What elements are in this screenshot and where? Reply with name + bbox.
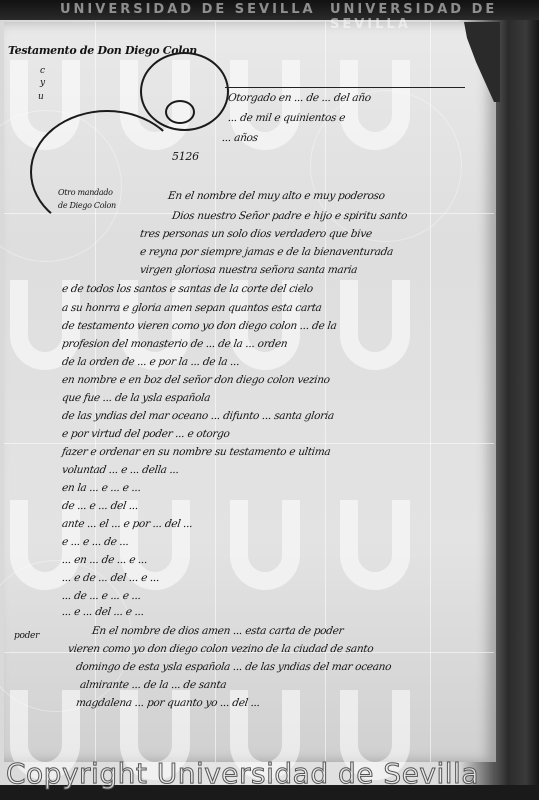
watermark-u-logo: [230, 500, 300, 590]
signature-flourish: [165, 100, 195, 124]
manuscript-line: de las yndias del mar oceano ... difunto…: [61, 410, 335, 422]
manuscript-line: en nombre e en boz del señor don diego c…: [61, 374, 330, 386]
manuscript-line: en la ... e ... e ...: [61, 482, 141, 494]
watermark-u-logo: [340, 280, 410, 370]
rule-line: [225, 87, 465, 88]
watermark-u-logo: [340, 500, 410, 590]
opening-line: ... de mil e quinientos e: [227, 112, 346, 124]
manuscript-line: e reyna por siempre jamas e de la bienav…: [139, 246, 394, 258]
manuscript-line: ... e de ... del ... e ...: [61, 572, 160, 584]
manuscript-line: almirante ... de la ... de santa: [79, 679, 227, 691]
folio-mark: u: [38, 92, 44, 102]
manuscript-line: domingo de esta ysla española ... de las…: [75, 661, 392, 673]
manuscript-line: a su honrra e gloria amen sepan quantos …: [61, 302, 322, 314]
watermark-text: UNIVERSIDAD DE SEVILLA: [330, 2, 539, 32]
manuscript-line: de ... e ... del ...: [61, 500, 139, 512]
manuscript-line: de la orden de ... e por la ... de la ..…: [61, 356, 240, 368]
opening-line: ... años: [221, 132, 258, 144]
manuscript-line: magdalena ... por quanto yo ... del ...: [75, 697, 261, 709]
margin-note: Otro mandado: [58, 187, 113, 199]
manuscript-line: ... de ... e ... e ...: [61, 590, 142, 602]
manuscript-line: virgen gloriosa nuestra señora santa mar…: [139, 264, 358, 276]
manuscript-line: voluntad ... e ... della ...: [61, 464, 179, 476]
margin-note: poder: [14, 630, 39, 642]
copyright-watermark: Copyright Universidad de Sevilla: [6, 757, 479, 790]
folio-number: 5126: [172, 150, 199, 163]
manuscript-line: Dios nuestro Señor padre e hijo e spirit…: [171, 210, 408, 222]
manuscript-line: vieren como yo don diego colon vezino de…: [67, 643, 374, 655]
manuscript-line: que fue ... de la ysla española: [61, 392, 211, 404]
manuscript-line: e de todos los santos e santas de la cor…: [61, 283, 313, 295]
folio-mark: y: [40, 78, 45, 88]
watermark-grid-line: [4, 443, 494, 444]
margin-note: de Diego Colon: [58, 200, 116, 212]
manuscript-line: e por virtud del poder ... e otorgo: [61, 428, 230, 440]
book-spine-edge: [495, 20, 539, 785]
manuscript-line: fazer e ordenar en su nombre su testamen…: [61, 446, 331, 458]
manuscript-line: ante ... el ... e por ... del ...: [61, 518, 193, 530]
watermark-text: UNIVERSIDAD DE SEVILLA: [60, 2, 316, 17]
manuscript-line: e ... e ... de ...: [61, 536, 129, 548]
opening-line: Otorgado en ... de ... del año: [227, 92, 371, 104]
signature-flourish: [30, 110, 184, 234]
manuscript-line: tres personas un solo dios verdadero que…: [139, 228, 373, 240]
manuscript-line: ... e ... del ... e ...: [61, 606, 145, 618]
manuscript-line: ... en ... de ... e ...: [61, 554, 148, 566]
manuscript-line: En el nombre del muy alto e muy poderoso: [167, 190, 385, 202]
manuscript-line: de testamento vieren como yo don diego c…: [61, 320, 337, 332]
folio-mark: c: [40, 66, 45, 76]
manuscript-line: profesion del monasterio de ... de la ..…: [61, 338, 288, 350]
manuscript-line: En el nombre de dios amen ... esta carta…: [91, 625, 344, 637]
